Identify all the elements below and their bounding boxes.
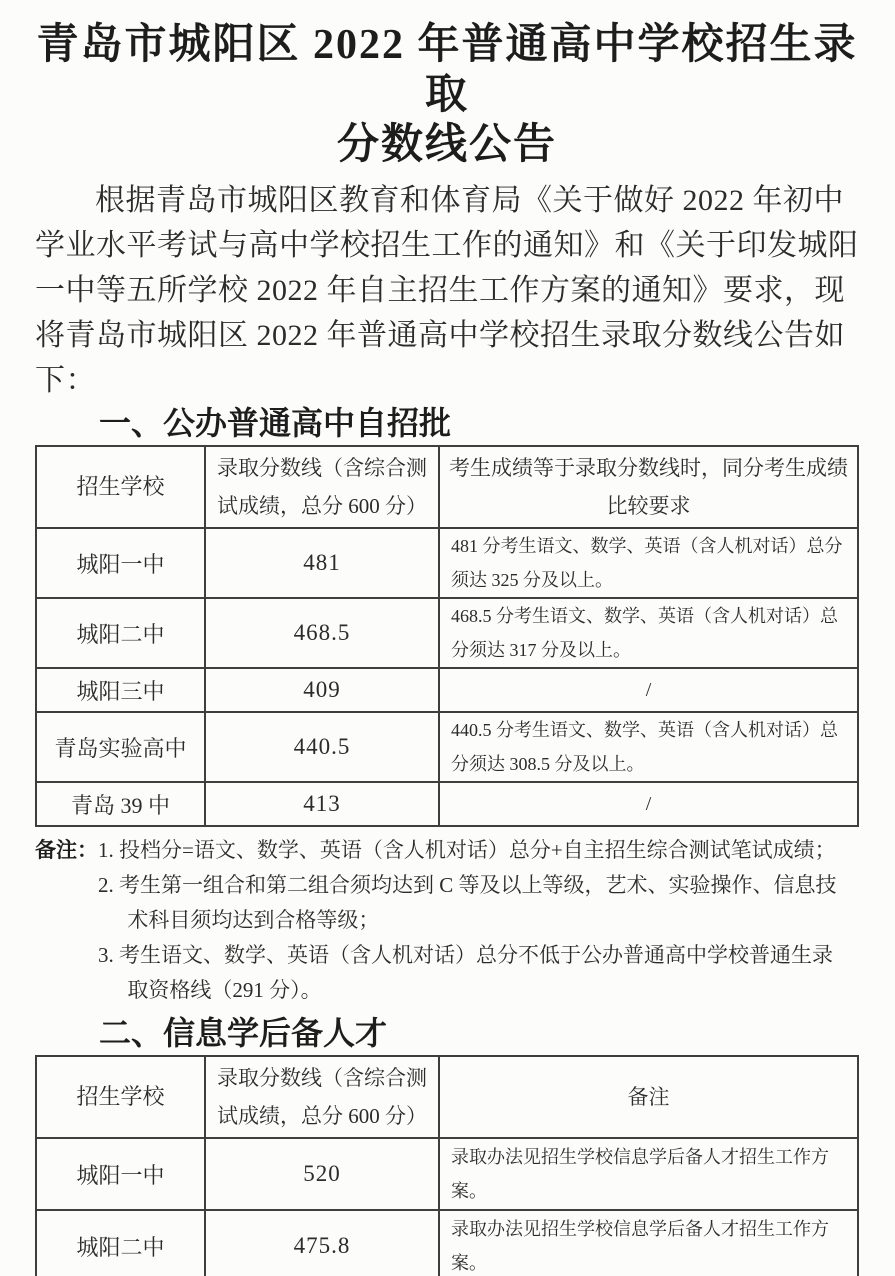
header-school: 招生学校 (36, 446, 205, 528)
table-row: 青岛 39 中 413 / (36, 782, 858, 826)
cell-remark: 录取办法见招生学校信息学后备人才招生工作方 案。 (439, 1138, 858, 1210)
notes-items: 1. 投档分=语文、数学、英语（含人机对话）总分+自主招生综合测试笔试成绩； 2… (98, 833, 859, 1008)
table-row: 城阳二中 468.5 468.5 分考生语文、数学、英语（含人机对话）总 分须达… (36, 598, 858, 668)
document-page: 青岛市城阳区 2022 年普通高中学校招生录取 分数线公告 根据青岛市城阳区教育… (0, 0, 895, 1276)
cell-school: 城阳二中 (36, 1210, 205, 1276)
cell-score: 481 (205, 528, 439, 598)
intro-paragraph: 根据青岛市城阳区教育和体育局《关于做好 2022 年初中 学业水平考试与高中学校… (35, 178, 859, 403)
header-score-line: 录取分数线（含综合测 试成绩，总分 600 分） (205, 1056, 439, 1138)
table-row: 青岛实验高中 440.5 440.5 分考生语文、数学、英语（含人机对话）总 分… (36, 712, 858, 782)
cell-school: 城阳一中 (36, 528, 205, 598)
note-item-2: 2. 考生第一组合和第二组合须均达到 C 等及以上等级，艺术、实验操作、信息技 … (98, 868, 859, 938)
cell-score: 413 (205, 782, 439, 826)
cell-school: 城阳一中 (36, 1138, 205, 1210)
table-header-row: 招生学校 录取分数线（含综合测 试成绩，总分 600 分） 备注 (36, 1056, 858, 1138)
cell-school: 青岛 39 中 (36, 782, 205, 826)
header-tiebreak-requirement: 考生成绩等于录取分数线时，同分考生成绩 比较要求 (439, 446, 858, 528)
notes-label: 备注： (35, 833, 98, 1008)
cell-school: 城阳二中 (36, 598, 205, 668)
section2-table: 招生学校 录取分数线（含综合测 试成绩，总分 600 分） 备注 城阳一中 52… (35, 1055, 859, 1276)
cell-score: 440.5 (205, 712, 439, 782)
page-title: 青岛市城阳区 2022 年普通高中学校招生录取 分数线公告 (35, 20, 859, 170)
header-remark: 备注 (439, 1056, 858, 1138)
header-school: 招生学校 (36, 1056, 205, 1138)
section2-heading: 二、信息学后备人才 (99, 1015, 859, 1051)
cell-score: 409 (205, 668, 439, 712)
cell-school: 城阳三中 (36, 668, 205, 712)
table-row: 城阳一中 520 录取办法见招生学校信息学后备人才招生工作方 案。 (36, 1138, 858, 1210)
spacer (35, 1008, 859, 1013)
cell-score: 468.5 (205, 598, 439, 668)
cell-score: 520 (205, 1138, 439, 1210)
table-row: 城阳三中 409 / (36, 668, 858, 712)
table-row: 城阳二中 475.8 录取办法见招生学校信息学后备人才招生工作方 案。 (36, 1210, 858, 1276)
cell-score: 475.8 (205, 1210, 439, 1276)
notes-block: 备注： 1. 投档分=语文、数学、英语（含人机对话）总分+自主招生综合测试笔试成… (35, 833, 859, 1008)
cell-school: 青岛实验高中 (36, 712, 205, 782)
cell-remark: / (439, 782, 858, 826)
header-score-line: 录取分数线（含综合测 试成绩，总分 600 分） (205, 446, 439, 528)
cell-remark: 481 分考生语文、数学、英语（含人机对话）总分 须达 325 分及以上。 (439, 528, 858, 598)
cell-remark: 440.5 分考生语文、数学、英语（含人机对话）总 分须达 308.5 分及以上… (439, 712, 858, 782)
table-header-row: 招生学校 录取分数线（含综合测 试成绩，总分 600 分） 考生成绩等于录取分数… (36, 446, 858, 528)
section1-table: 招生学校 录取分数线（含综合测 试成绩，总分 600 分） 考生成绩等于录取分数… (35, 445, 859, 827)
note-item-3: 3. 考生语文、数学、英语（含人机对话）总分不低于公办普通高中学校普通生录 取资… (98, 938, 859, 1008)
section1-heading: 一、公办普通高中自招批 (99, 405, 859, 441)
cell-remark: 468.5 分考生语文、数学、英语（含人机对话）总 分须达 317 分及以上。 (439, 598, 858, 668)
table-row: 城阳一中 481 481 分考生语文、数学、英语（含人机对话）总分 须达 325… (36, 528, 858, 598)
cell-remark: 录取办法见招生学校信息学后备人才招生工作方 案。 (439, 1210, 858, 1276)
note-item-1: 1. 投档分=语文、数学、英语（含人机对话）总分+自主招生综合测试笔试成绩； (98, 833, 859, 868)
cell-remark: / (439, 668, 858, 712)
